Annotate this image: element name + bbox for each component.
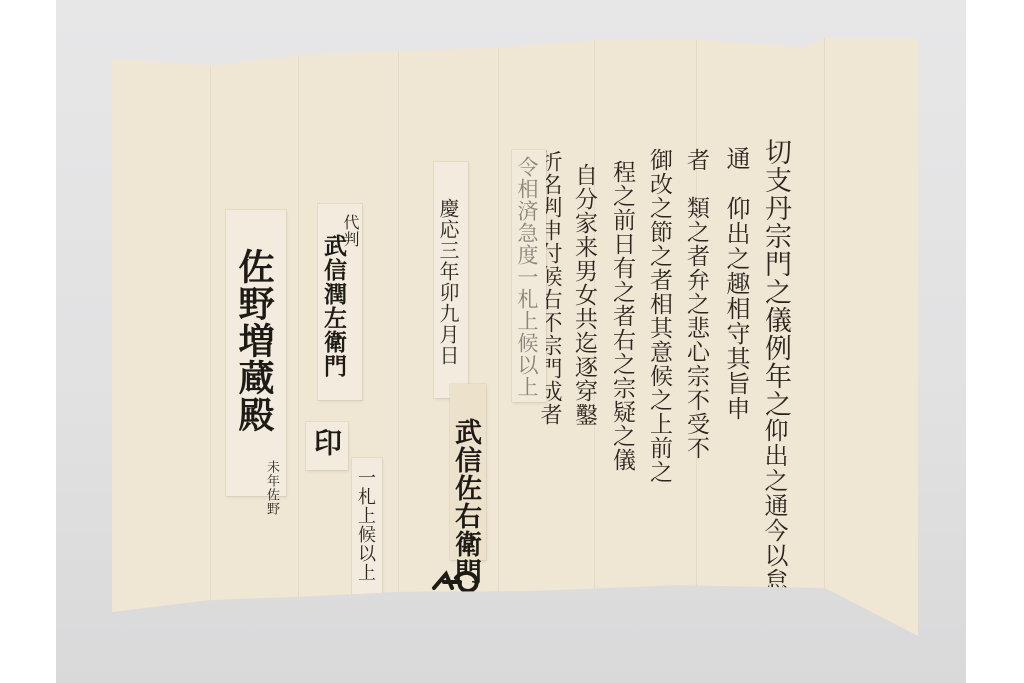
body-column: 程之前日有之者右之宗疑之儀 bbox=[610, 160, 633, 580]
fold-line bbox=[298, 38, 300, 636]
document-paper: 切支丹宗門之儀例年之 仰出之通今以怠 通 仰出之趣相守其旨申 者 類之者弁之悲心… bbox=[112, 38, 918, 636]
sender-signature: 武信佐右衛門 bbox=[452, 418, 479, 586]
fold-line bbox=[398, 38, 400, 636]
body-column: 者 類之者弁之悲心宗不受不 bbox=[684, 148, 707, 568]
proxy-closing: 一札上候以上 bbox=[356, 468, 374, 582]
kao-seal-icon bbox=[430, 564, 482, 594]
fold-line bbox=[210, 38, 212, 636]
body-column: 切支丹宗門之儀例年之 bbox=[762, 138, 789, 408]
addressee-note: 未年佐野 bbox=[250, 460, 278, 516]
document-date: 慶応三年卯九月日 bbox=[438, 198, 458, 366]
addressee: 佐野増蔵殿 bbox=[236, 248, 272, 433]
body-column: 通 仰出之趣相守其旨申 bbox=[724, 146, 748, 566]
closing-line: 令相済急度一札上候以上 bbox=[516, 156, 537, 398]
proxy-name: 武信潤左衛門 bbox=[322, 234, 345, 378]
proxy-seal-char: 印 bbox=[312, 428, 340, 457]
fold-line bbox=[498, 38, 500, 636]
body-column: 自分家来男女共迄逐穿鑿 bbox=[572, 163, 595, 583]
body-column: 御改之節之者相其意候之上前之 bbox=[647, 148, 670, 568]
fold-line bbox=[824, 38, 826, 636]
